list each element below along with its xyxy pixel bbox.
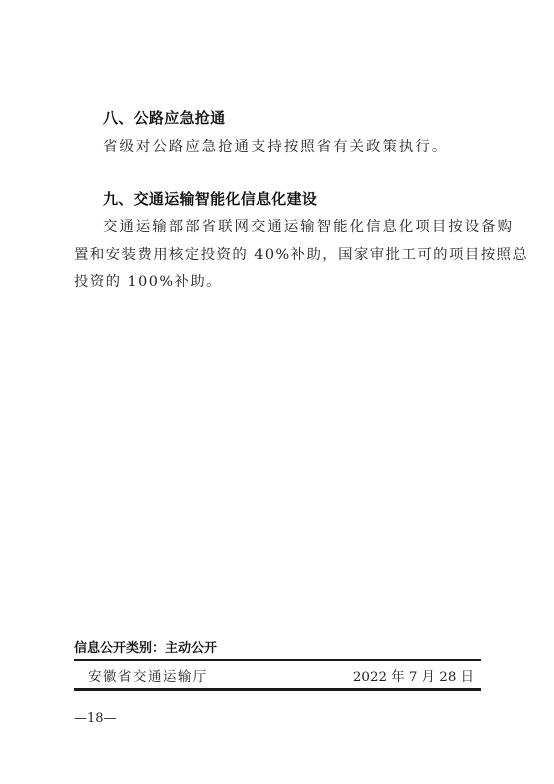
issuing-authority: 安徽省交通运输厅 (88, 666, 208, 685)
footer-bottom-rule (74, 688, 481, 691)
document-page: 八、公路应急抢通 省级对公路应急抢通支持按照省有关政策执行。 九、交通运输智能化… (0, 0, 554, 784)
disclosure-category: 信息公开类别：主动公开 (74, 637, 217, 656)
section-paragraph-line: 交通运输部部省联网交通运输智能化信息化项目按设备购 (103, 215, 514, 236)
section-heading-intelligent-info: 九、交通运输智能化信息化建设 (103, 188, 317, 209)
section-paragraph-line: 省级对公路应急抢通支持按照省有关政策执行。 (103, 135, 448, 156)
footer-top-rule (74, 659, 481, 661)
page-number: —18— (74, 711, 117, 726)
section-paragraph-line: 投资的 100%补助。 (74, 270, 222, 291)
issue-date: 2022 年 7 月 28 日 (353, 666, 474, 685)
section-heading-highway-emergency: 八、公路应急抢通 (103, 107, 225, 128)
section-paragraph-line: 置和安装费用核定投资的 40%补助，国家审批工可的项目按照总 (74, 243, 528, 264)
